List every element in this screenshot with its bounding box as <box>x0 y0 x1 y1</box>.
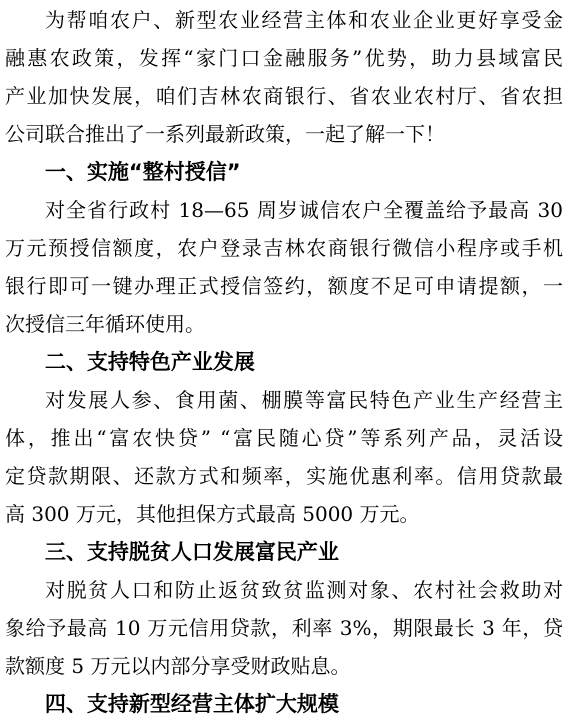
section-2-body-line-4: 高 300 万元，其他担保方式最高 5000 万元。 <box>5 495 563 533</box>
section-3-body-line-3: 款额度 5 万元以内部分享受财政贴息。 <box>5 647 563 685</box>
section-3-heading: 三、支持脱贫人口发展富民产业 <box>5 533 563 571</box>
section-2-body-line-1: 对发展人参、食用菌、棚膜等富民特色产业生产经营主 <box>5 381 563 419</box>
section-1-heading: 一、实施“整村授信” <box>5 153 563 191</box>
intro-paragraph-line-2: 融惠农政策，发挥“家门口金融服务”优势，助力县域富民 <box>5 39 563 77</box>
section-1-body-line-2: 万元预授信额度，农户登录吉林农商银行微信小程序或手机 <box>5 229 563 267</box>
document-page: 为帮咱农户、新型农业经营主体和农业企业更好享受金 融惠农政策，发挥“家门口金融服… <box>0 0 568 728</box>
section-1-body-line-4: 次授信三年循环使用。 <box>5 305 563 343</box>
section-1-body-line-1: 对全省行政村 18—65 周岁诚信农户全覆盖给予最高 30 <box>5 191 563 229</box>
intro-paragraph-line-1: 为帮咱农户、新型农业经营主体和农业企业更好享受金 <box>5 1 563 39</box>
section-3-body-line-2: 象给予最高 10 万元信用贷款，利率 3%，期限最长 3 年，贷 <box>5 609 563 647</box>
section-1-body-line-3: 银行即可一键办理正式授信签约，额度不足可申请提额，一 <box>5 267 563 305</box>
section-2-heading: 二、支持特色产业发展 <box>5 343 563 381</box>
section-3-body-line-1: 对脱贫人口和防止返贫致贫监测对象、农村社会救助对 <box>5 571 563 609</box>
intro-paragraph-line-3: 产业加快发展，咱们吉林农商银行、省农业农村厅、省农担 <box>5 77 563 115</box>
intro-paragraph-line-4: 公司联合推出了一系列最新政策，一起了解一下！ <box>5 115 563 153</box>
section-2-body-line-2: 体，推出“富农快贷” “富民随心贷”等系列产品，灵活设 <box>5 419 563 457</box>
section-2-body-line-3: 定贷款期限、还款方式和频率，实施优惠利率。信用贷款最 <box>5 457 563 495</box>
section-4-heading: 四、支持新型经营主体扩大规模 <box>5 685 563 723</box>
